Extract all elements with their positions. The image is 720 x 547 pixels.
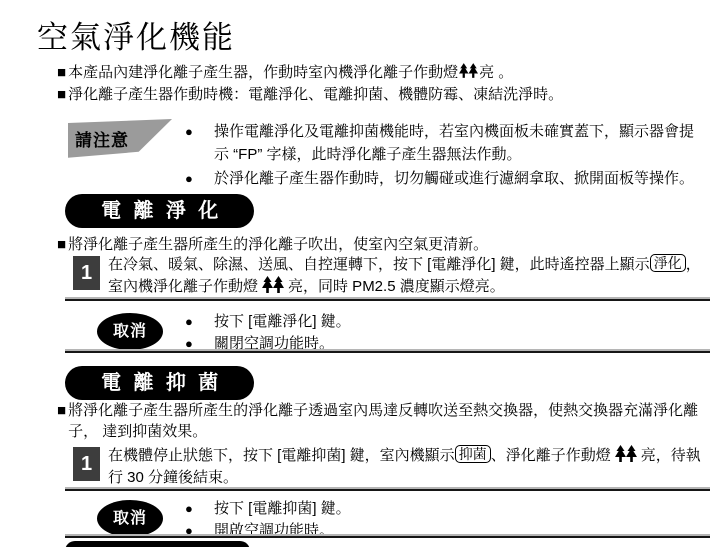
square-marker-icon: ■ (57, 400, 66, 421)
section-header-ion-antibacterial: 電離抑菌 (65, 366, 254, 400)
bullet-dot-icon: ● (185, 167, 199, 190)
notice-item-text: 於淨化離子產生器作動時，切勿觸碰或進行濾網拿取、掀開面板等操作。 (214, 167, 705, 190)
cancel-item-text: 開啟空調功能時。 (214, 521, 334, 541)
notice-flag: 請注意 (68, 119, 172, 159)
section-2-description: ■ 將淨化離子產生器所產生的淨化離子透過室內馬達反轉吹送至熱交換器，使熱交換器充… (57, 400, 712, 442)
divider-rule (65, 299, 710, 301)
notice-item: ● 於淨化離子產生器作動時，切勿觸碰或進行濾網拿取、掀開面板等操作。 (185, 167, 705, 190)
square-marker-icon: ■ (57, 234, 66, 256)
bullet-dot-icon: ● (185, 120, 199, 143)
square-marker-icon: ■ (57, 62, 66, 84)
section-2-step-1-text: 在機體停止狀態下，按下 [電離抑菌] 鍵，室內機顯示抑菌、淨化離子作動燈亮，待執… (108, 445, 712, 489)
cancel-badge: 取消 (97, 500, 163, 537)
section-header-ion-purify: 電離淨化 (65, 194, 254, 228)
square-marker-icon: ■ (57, 84, 66, 106)
bullet-dot-icon: ● (185, 521, 199, 541)
bullet-dot-icon: ● (185, 499, 199, 519)
indoor-display-badge: 抑菌 (455, 445, 491, 463)
manual-page: 空氣淨化機能 ■ 本產品內建淨化離子產生器，作動時室內機淨化離子作動燈亮 。 ■… (0, 0, 720, 547)
section-1-step-1-text: 在冷氣、暖氣、除濕、送風、自控運轉下，按下 [電離淨化] 鍵，此時遙控器上顯示淨… (108, 254, 710, 298)
divider-rule (65, 351, 710, 353)
cancel-item-text: 按下 [電離抑菌] 鍵。 (214, 499, 351, 519)
intro-bullet-2: ■ 淨化離子產生器作動時機：電離淨化、電離抑菌、機體防霉、凍結洗淨時。 (57, 84, 707, 106)
section-1-description: ■ 將淨化離子產生器所產生的淨化離子吹出，使室內空氣更清新。 (57, 234, 707, 256)
section-2-step-1: 1 在機體停止狀態下，按下 [電離抑菌] 鍵，室內機顯示抑菌、淨化離子作動燈亮，… (73, 445, 712, 489)
bullet-dot-icon: ● (185, 312, 199, 332)
step-number-badge: 1 (73, 447, 100, 481)
cancel-item-text: 按下 [電離淨化] 鍵。 (214, 312, 351, 332)
intro-bullets: ■ 本產品內建淨化離子產生器，作動時室內機淨化離子作動燈亮 。 ■ 淨化離子產生… (57, 62, 707, 106)
step-number-badge: 1 (73, 256, 100, 290)
cancel-item: ● 開啟空調功能時。 (185, 521, 705, 541)
divider-rule (65, 536, 710, 538)
notice-item-text: 操作電離淨化及電離抑菌機能時，若室內機面板未確實蓋下，顯示器會提示 “FP” 字… (214, 120, 705, 166)
section-1-cancel-items: ● 按下 [電離淨化] 鍵。 ● 關閉空調功能時。 (185, 312, 705, 356)
next-section-header-partial (65, 541, 250, 547)
cancel-badge: 取消 (97, 313, 163, 350)
intro-bullet-1: ■ 本產品內建淨化離子產生器，作動時室內機淨化離子作動燈亮 。 (57, 62, 707, 84)
ion-lamp-trees-icon (615, 445, 637, 462)
intro-bullet-2-text: 淨化離子產生器作動時機：電離淨化、電離抑菌、機體防霉、凍結洗淨時。 (68, 84, 563, 106)
remote-display-badge: 淨化 (650, 254, 686, 272)
notice-label: 請注意 (75, 126, 129, 151)
section-1-step-1: 1 在冷氣、暖氣、除濕、送風、自控運轉下，按下 [電離淨化] 鍵，此時遙控器上顯… (73, 254, 710, 298)
ion-lamp-trees-icon (459, 63, 478, 78)
page-title: 空氣淨化機能 (37, 20, 235, 56)
divider-rule (65, 489, 710, 491)
notice-item: ● 操作電離淨化及電離抑菌機能時，若室內機面板未確實蓋下，顯示器會提示 “FP”… (185, 120, 705, 166)
intro-bullet-1-text: 本產品內建淨化離子產生器，作動時室內機淨化離子作動燈亮 。 (68, 62, 513, 84)
cancel-item: ● 按下 [電離淨化] 鍵。 (185, 312, 705, 332)
notice-items: ● 操作電離淨化及電離抑菌機能時，若室內機面板未確實蓋下，顯示器會提示 “FP”… (185, 120, 705, 191)
section-2-description-text: 將淨化離子產生器所產生的淨化離子透過室內馬達反轉吹送至熱交換器，使熱交換器充滿淨… (68, 400, 708, 442)
ion-lamp-trees-icon (262, 276, 284, 293)
cancel-item: ● 按下 [電離抑菌] 鍵。 (185, 499, 705, 519)
section-1-description-text: 將淨化離子產生器所產生的淨化離子吹出，使室內空氣更清新。 (68, 234, 488, 256)
